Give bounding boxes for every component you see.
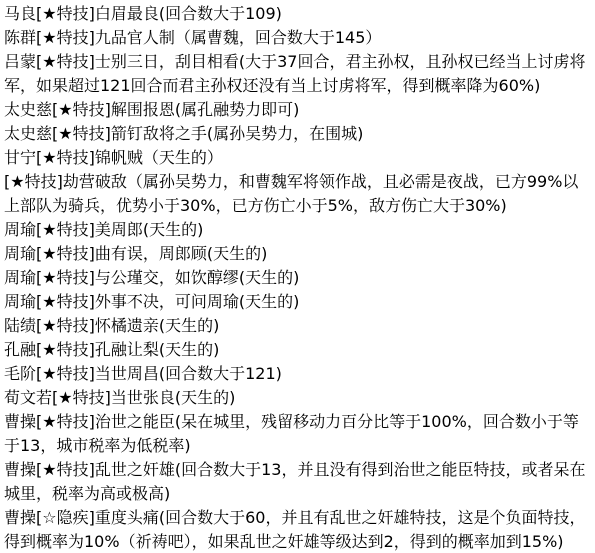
skill-name: 当世张良 (111, 388, 175, 407)
skill-name: 与公瑾交，如饮醇缪 (95, 268, 239, 287)
skill-tag: [★特技] (36, 412, 95, 431)
person-name: 陈群 (4, 28, 36, 47)
skill-tag: [★特技] (4, 172, 63, 191)
skill-name: 当世周昌 (95, 364, 159, 383)
skill-tag: [★特技] (36, 340, 95, 359)
skill-condition: （天生的） (143, 148, 223, 167)
person-name: 吕蒙 (4, 52, 36, 71)
skill-entry: 周瑜[★特技]与公瑾交，如饮醇缪(天生的) (4, 266, 591, 290)
skill-condition: (天生的) (143, 220, 204, 239)
skill-condition: (回合数大于121) (159, 364, 282, 383)
skill-entry: 曹操[★特技]治世之能臣(呆在城里，残留移动力百分比等于100%，回合数小于等于… (4, 410, 591, 458)
skill-entry: 周瑜[★特技]外事不决，可问周瑜(天生的) (4, 290, 591, 314)
person-name: 周瑜 (4, 220, 36, 239)
skill-tag: [★特技] (36, 460, 95, 479)
person-name: 周瑜 (4, 244, 36, 263)
skill-tag: [★特技] (52, 100, 111, 119)
skill-tag: [★特技] (52, 388, 111, 407)
skill-entry: 周瑜[★特技]曲有误，周郎顾(天生的) (4, 242, 591, 266)
skill-condition: (天生的) (239, 292, 300, 311)
skill-name: 白眉最良 (95, 4, 159, 23)
skill-tag: [★特技] (36, 364, 95, 383)
person-name: 曹操 (4, 460, 36, 479)
skill-name: 士别三日，刮目相看 (95, 52, 239, 71)
skill-tag: [★特技] (36, 4, 95, 23)
skill-entry: 马良[★特技]白眉最良(回合数大于109) (4, 2, 591, 26)
skill-name: 孔融让梨 (95, 340, 159, 359)
person-name: 曹操 (4, 412, 36, 431)
skill-name: 曲有误，周郎顾 (95, 244, 207, 263)
person-name: 甘宁 (4, 148, 36, 167)
skill-tag: [☆隐疾] (36, 508, 95, 527)
skill-condition: (天生的) (207, 244, 268, 263)
skill-entry: 曹操[☆隐疾]重度头痛(回合数大于60，并且有乱世之奸雄特技，这是个负面特技，得… (4, 506, 591, 553)
skill-name: 治世之能臣 (95, 412, 175, 431)
skill-tag: [★特技] (36, 220, 95, 239)
skill-tag: [★特技] (36, 244, 95, 263)
skill-condition: (回合数大于109) (159, 4, 282, 23)
skill-condition: (属孔融势力即可) (175, 100, 300, 119)
skill-tag: [★特技] (36, 28, 95, 47)
skill-name: 锦帆贼 (95, 148, 143, 167)
skill-name: 解围报恩 (111, 100, 175, 119)
skill-condition: (天生的) (159, 316, 220, 335)
skill-condition: （属曹魏，回合数大于145） (175, 28, 382, 47)
skill-entry: 周瑜[★特技]美周郎(天生的) (4, 218, 591, 242)
skill-list-document: 马良[★特技]白眉最良(回合数大于109) 陈群[★特技]九品官人制（属曹魏，回… (0, 0, 595, 553)
skill-entry: 吕蒙[★特技]士别三日，刮目相看(大于37回合，君主孙权，且孙权已经当上讨虏将军… (4, 50, 591, 98)
skill-entry: 甘宁[★特技]锦帆贼（天生的） (4, 146, 591, 170)
skill-name: 劫营破敌 (63, 172, 127, 191)
skill-entry: 陈群[★特技]九品官人制（属曹魏，回合数大于145） (4, 26, 591, 50)
skill-entry: 陆绩[★特技]怀橘遗亲(天生的) (4, 314, 591, 338)
skill-condition: (天生的) (239, 268, 300, 287)
person-name: 曹操 (4, 508, 36, 527)
skill-entry: 太史慈[★特技]解围报恩(属孔融势力即可) (4, 98, 591, 122)
skill-entry: 太史慈[★特技]箭钉敌将之手(属孙吴势力，在围城) (4, 122, 591, 146)
person-name: 孔融 (4, 340, 36, 359)
skill-entry: [★特技]劫营破敌（属孙吴势力，和曹魏军将领作战，且必需是夜战，已方99%以上部… (4, 170, 591, 218)
skill-name: 箭钉敌将之手 (111, 124, 207, 143)
skill-name: 怀橘遗亲 (95, 316, 159, 335)
skill-name: 外事不决，可问周瑜 (95, 292, 239, 311)
skill-name: 美周郎 (95, 220, 143, 239)
skill-name: 重度头痛 (95, 508, 159, 527)
skill-name: 乱世之奸雄 (95, 460, 175, 479)
skill-tag: [★特技] (36, 268, 95, 287)
person-name: 太史慈 (4, 124, 52, 143)
skill-condition: (属孙吴势力，在围城) (207, 124, 364, 143)
skill-entry: 毛阶[★特技]当世周昌(回合数大于121) (4, 362, 591, 386)
skill-tag: [★特技] (36, 52, 95, 71)
skill-entry: 孔融[★特技]孔融让梨(天生的) (4, 338, 591, 362)
person-name: 周瑜 (4, 292, 36, 311)
skill-condition: (天生的) (175, 388, 236, 407)
person-name: 毛阶 (4, 364, 36, 383)
skill-entry: 曹操[★特技]乱世之奸雄(回合数大于13，并且没有得到治世之能臣特技，或者呆在城… (4, 458, 591, 506)
skill-tag: [★特技] (52, 124, 111, 143)
skill-name: 九品官人制 (95, 28, 175, 47)
skill-tag: [★特技] (36, 292, 95, 311)
skill-entry: 荀文若[★特技]当世张良(天生的) (4, 386, 591, 410)
person-name: 陆绩 (4, 316, 36, 335)
skill-condition: (天生的) (159, 340, 220, 359)
person-name: 周瑜 (4, 268, 36, 287)
person-name: 马良 (4, 4, 36, 23)
person-name: 太史慈 (4, 100, 52, 119)
person-name: 荀文若 (4, 388, 52, 407)
skill-tag: [★特技] (36, 316, 95, 335)
skill-tag: [★特技] (36, 148, 95, 167)
